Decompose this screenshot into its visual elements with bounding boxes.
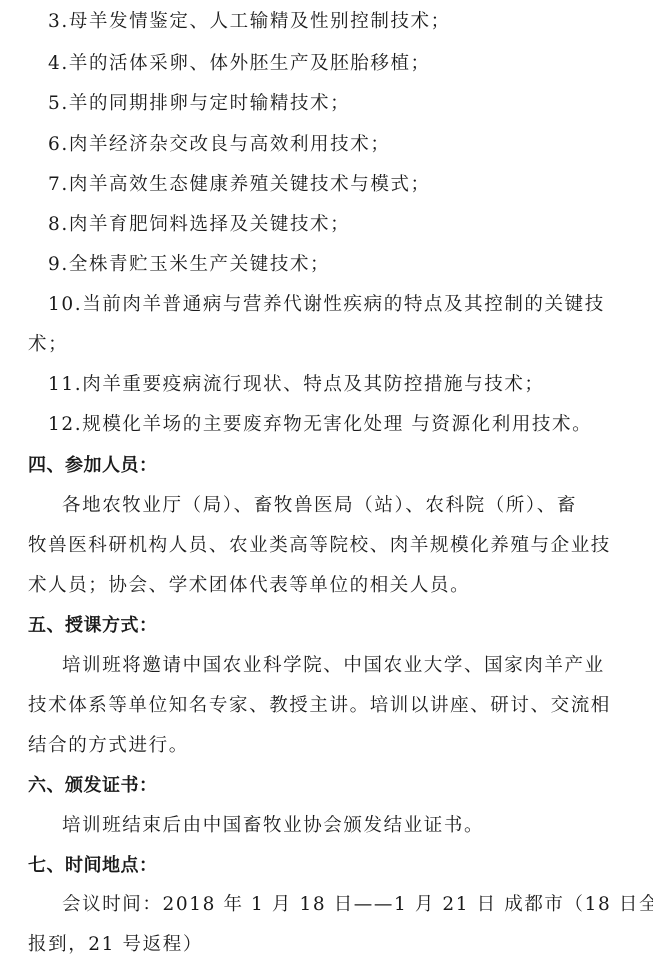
list-item-number: 8. (48, 214, 69, 235)
list-item-number: 10. (48, 294, 82, 315)
list-item-number: 9. (48, 254, 69, 275)
list-item-3: 3.母羊发情鉴定、人工输精及性别控制技术； (48, 10, 648, 34)
list-item-text: 术； (28, 334, 68, 355)
paragraph-line: 结合的方式进行。 (28, 734, 628, 758)
list-item-number: 6. (48, 134, 69, 155)
list-item-text: 肉羊育肥饲料选择及关键技术； (69, 214, 350, 235)
list-item-number: 12. (48, 414, 82, 435)
paragraph-line: 报到，21 号返程） (28, 933, 628, 957)
section-heading-teaching-method: 五、授课方式： (28, 614, 628, 638)
paragraph-line: 术人员；协会、学术团体代表等单位的相关人员。 (28, 574, 628, 598)
paragraph-line: 各地农牧业厅（局）、畜牧兽医局（站）、农科院（所）、畜 (62, 494, 653, 518)
list-item-number: 5. (48, 93, 69, 114)
list-item-text: 母羊发情鉴定、人工输精及性别控制技术； (69, 11, 451, 32)
list-item-text: 全株青贮玉米生产关键技术； (69, 254, 330, 275)
list-item-number: 11. (48, 374, 82, 395)
paragraph-line: 培训班结束后由中国畜牧业协会颁发结业证书。 (62, 814, 653, 838)
section-heading-time-location: 七、时间地点： (28, 854, 628, 878)
list-item-8: 8.肉羊育肥饲料选择及关键技术； (48, 213, 648, 237)
paragraph-line: 技术体系等单位知名专家、教授主讲。培训以讲座、研讨、交流相 (28, 694, 628, 718)
list-item-11: 11.肉羊重要疫病流行现状、特点及其防控措施与技术； (48, 373, 648, 397)
list-item-5: 5.羊的同期排卵与定时输精技术； (48, 92, 648, 116)
list-item-7: 7.肉羊高效生态健康养殖关键技术与模式； (48, 173, 648, 197)
list-item-number: 4. (48, 53, 69, 74)
list-item-text: 肉羊高效生态健康养殖关键技术与模式； (69, 174, 431, 195)
section-heading-certificate: 六、颁发证书： (28, 774, 628, 798)
document-page: 3.母羊发情鉴定、人工输精及性别控制技术； 4.羊的活体采卵、体外胚生产及胚胎移… (0, 0, 653, 980)
list-item-text: 羊的同期排卵与定时输精技术； (69, 93, 350, 114)
paragraph-line: 牧兽医科研机构人员、农业类高等院校、肉羊规模化养殖与企业技 (28, 534, 628, 558)
list-item-4: 4.羊的活体采卵、体外胚生产及胚胎移植； (48, 52, 648, 76)
list-item-text: 当前肉羊普通病与营养代谢性疾病的特点及其控制的关键技 (82, 294, 605, 315)
list-item-text: 肉羊重要疫病流行现状、特点及其防控措施与技术； (82, 374, 544, 395)
paragraph-line: 培训班将邀请中国农业科学院、中国农业大学、国家肉羊产业 (62, 654, 653, 678)
list-item-number: 3. (48, 11, 69, 32)
list-item-text: 规模化羊场的主要废弃物无害化处理 与资源化利用技术。 (82, 414, 592, 435)
list-item-6: 6.肉羊经济杂交改良与高效利用技术； (48, 133, 648, 157)
list-item-text: 羊的活体采卵、体外胚生产及胚胎移植； (69, 53, 431, 74)
list-item-12: 12.规模化羊场的主要废弃物无害化处理 与资源化利用技术。 (48, 413, 648, 437)
list-item-9: 9.全株青贮玉米生产关键技术； (48, 253, 648, 277)
list-item-number: 7. (48, 174, 69, 195)
paragraph-line: 会议时间：2018 年 1 月 18 日——1 月 21 日 成都市（18 日全… (62, 893, 653, 917)
list-item-10: 10.当前肉羊普通病与营养代谢性疾病的特点及其控制的关键技 (48, 293, 648, 317)
section-heading-participants: 四、参加人员： (28, 454, 628, 478)
list-item-text: 肉羊经济杂交改良与高效利用技术； (69, 134, 391, 155)
list-item-10-continuation: 术； (28, 333, 628, 357)
